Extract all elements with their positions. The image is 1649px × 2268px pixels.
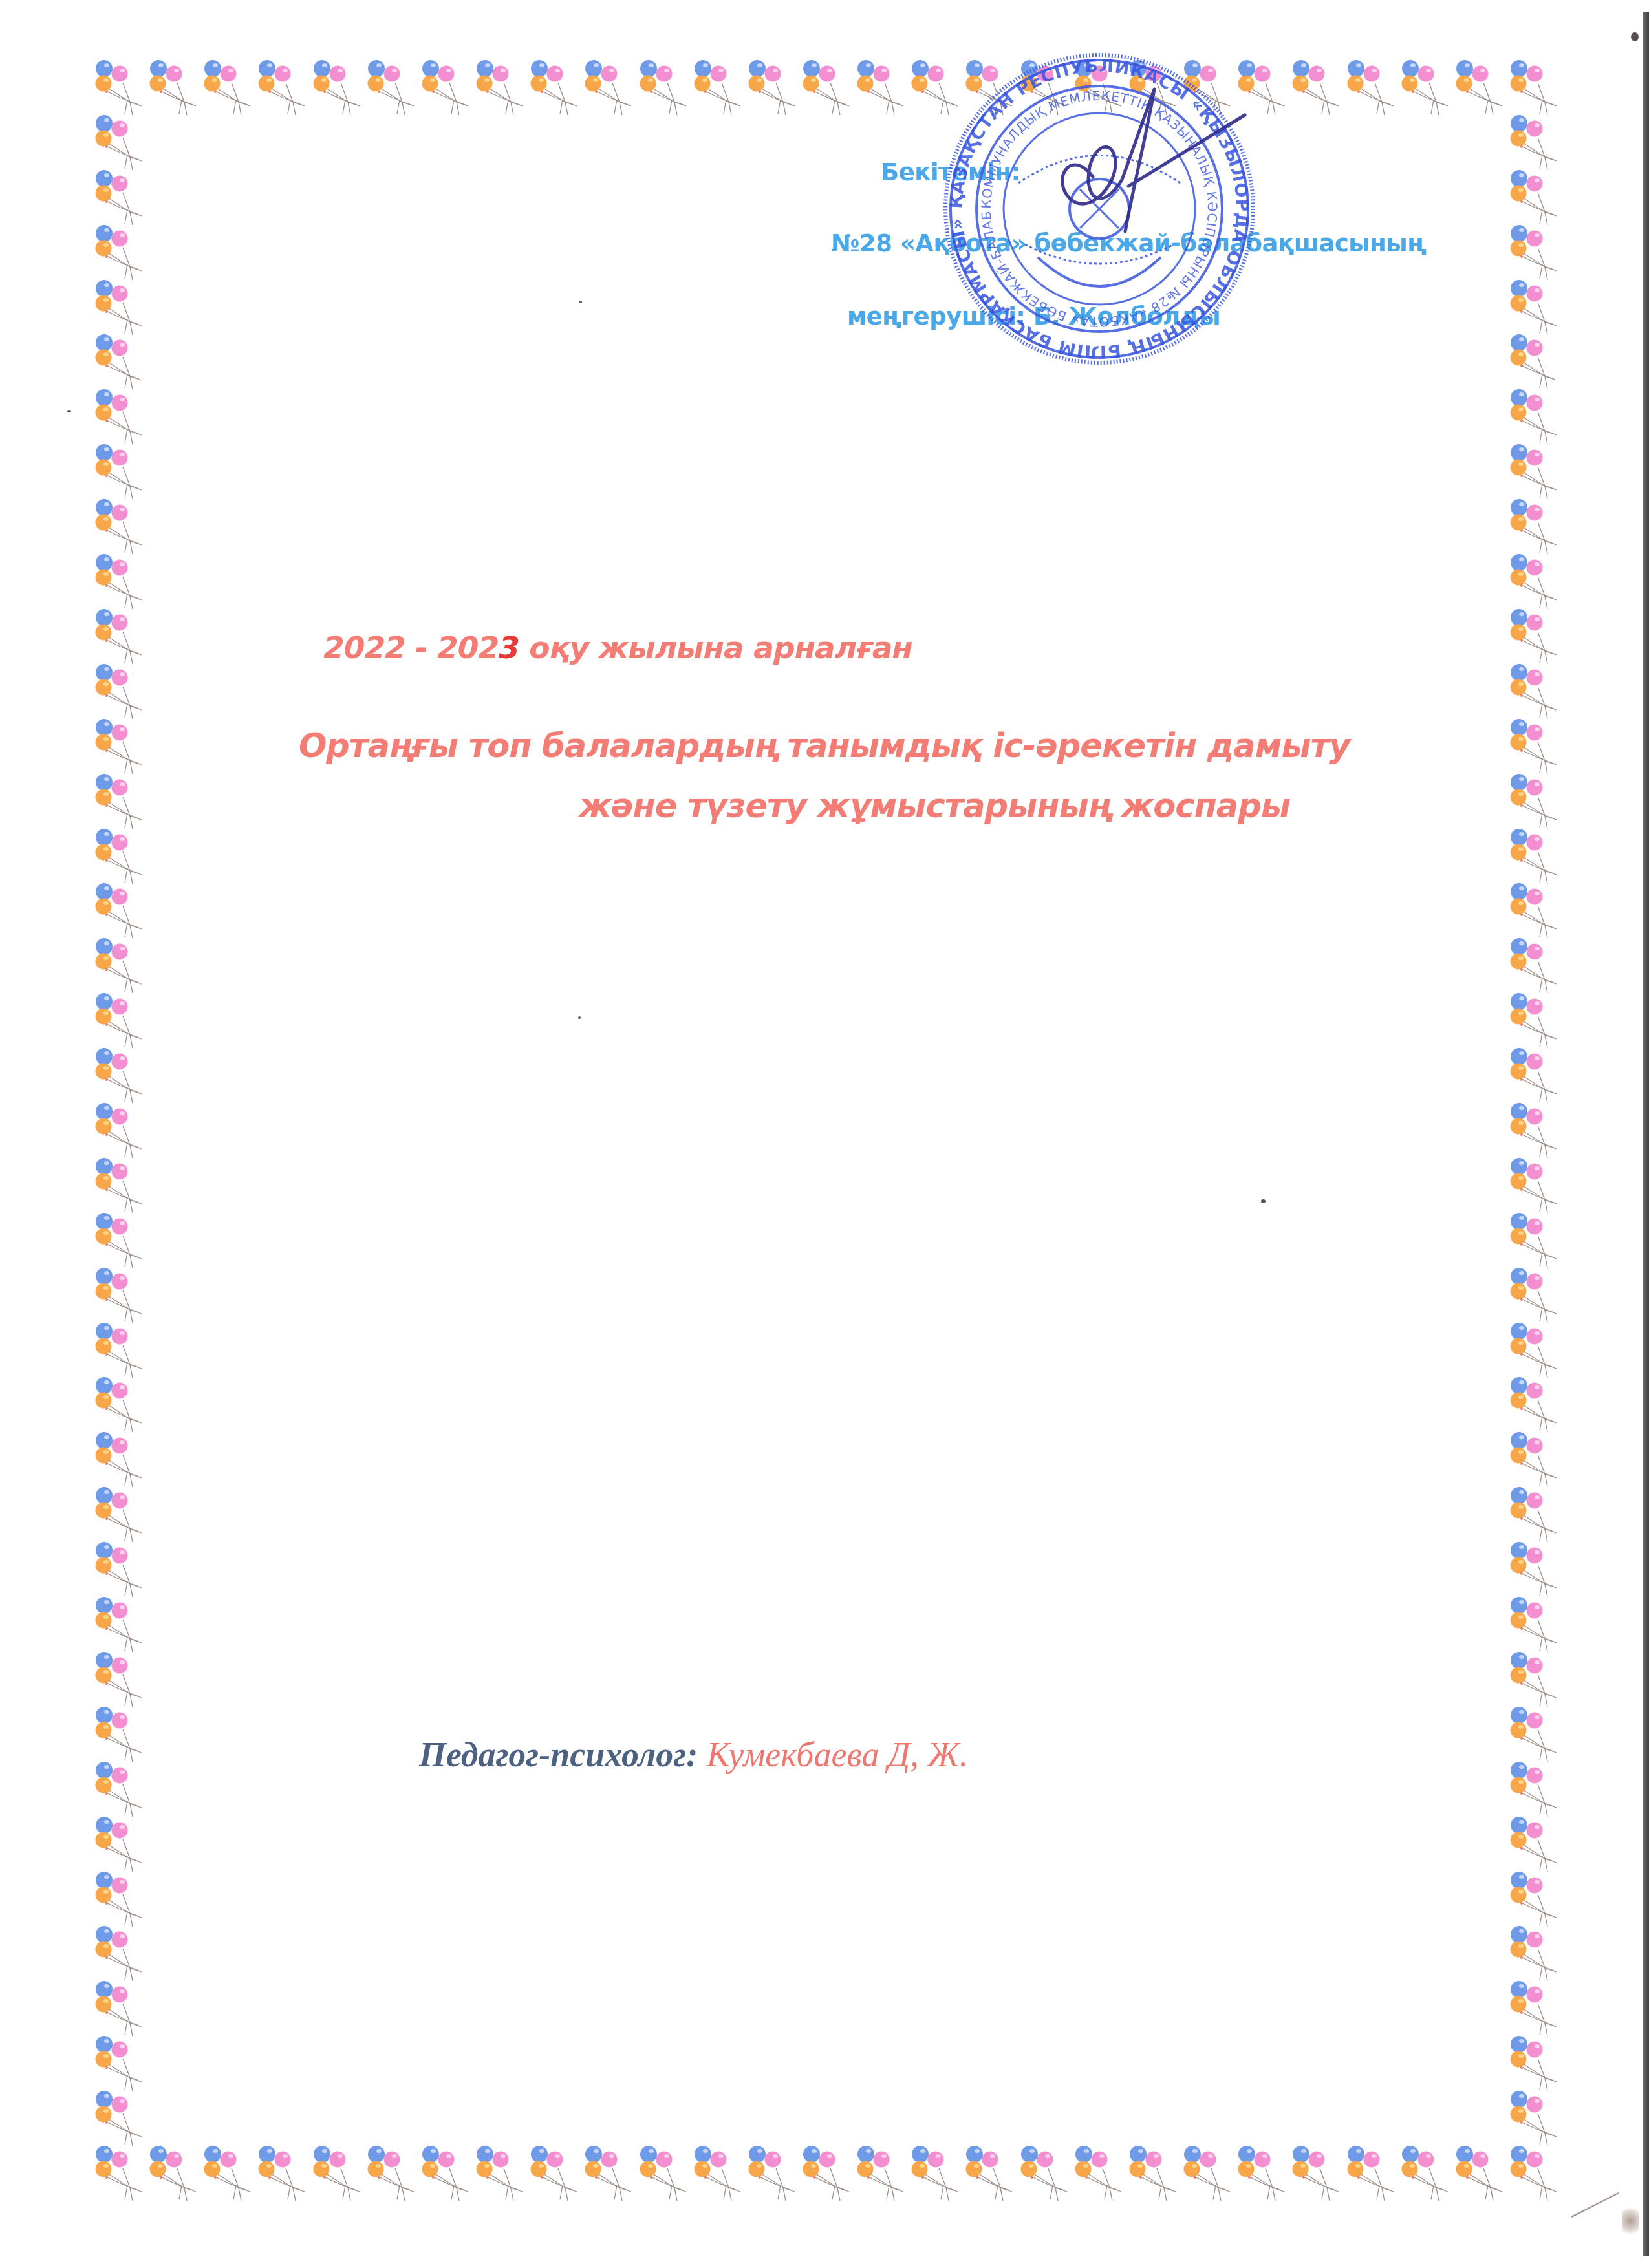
balloon-icon xyxy=(1509,828,1560,886)
balloon-icon xyxy=(1509,2035,1560,2093)
balloon-icon xyxy=(94,1431,145,1490)
balloon-icon xyxy=(638,2145,690,2203)
balloon-icon xyxy=(1509,608,1560,667)
balloon-icon xyxy=(1400,2145,1452,2203)
document-title-line-2: және түзету жұмыстарының жоспары xyxy=(0,787,1649,826)
balloon-icon xyxy=(94,224,145,283)
balloon-icon xyxy=(312,2145,363,2203)
balloon-icon xyxy=(1509,1980,1560,2038)
balloon-icon xyxy=(1236,2145,1288,2203)
balloon-icon xyxy=(1509,883,1560,941)
balloon-icon xyxy=(94,1816,145,1874)
academic-year-heading: 2022 - 2023 оқу жылына арналған xyxy=(323,630,912,666)
balloon-icon xyxy=(94,1157,145,1215)
balloon-icon xyxy=(529,2145,581,2203)
balloon-border xyxy=(0,0,1649,2268)
balloon-icon xyxy=(1509,1706,1560,1764)
balloon-icon xyxy=(1509,1047,1560,1106)
balloon-icon xyxy=(964,2145,1016,2203)
balloon-icon xyxy=(94,444,145,502)
document-title-line-2-text: және түзету жұмыстарының жоспары xyxy=(579,787,1290,826)
balloon-icon xyxy=(1509,114,1560,173)
balloon-icon xyxy=(420,59,472,118)
balloon-icon xyxy=(94,663,145,722)
year-suffix: оқу жылына арналған xyxy=(519,630,912,666)
official-stamp-icon: ҚАЗАҚСТАН РЕСПУБЛИКАСЫ «ҚЫЗЫЛОРДА ОБЛЫСЫ… xyxy=(941,50,1258,367)
balloon-icon xyxy=(94,1322,145,1380)
balloon-icon xyxy=(94,1651,145,1709)
balloon-icon xyxy=(1509,937,1560,996)
balloon-icon xyxy=(1509,224,1560,283)
balloon-icon xyxy=(94,883,145,941)
balloon-icon xyxy=(1509,1596,1560,1654)
balloon-icon xyxy=(1509,279,1560,337)
balloon-icon xyxy=(94,828,145,886)
author-name: Кумекбаева Д, Ж. xyxy=(698,1735,968,1774)
balloon-icon xyxy=(583,59,635,118)
balloon-icon xyxy=(1509,59,1560,118)
balloon-icon xyxy=(148,59,200,118)
balloon-icon xyxy=(94,1596,145,1654)
balloon-icon xyxy=(366,59,418,118)
balloon-icon xyxy=(257,59,308,118)
balloon-icon xyxy=(1509,1871,1560,1929)
balloon-icon xyxy=(1509,1761,1560,1819)
balloon-icon xyxy=(1509,1816,1560,1874)
balloon-icon xyxy=(1509,1267,1560,1325)
balloon-icon xyxy=(94,334,145,392)
balloon-icon xyxy=(94,718,145,776)
balloon-icon xyxy=(583,2145,635,2203)
balloon-icon xyxy=(1509,1651,1560,1709)
balloon-icon xyxy=(638,59,690,118)
balloon-icon xyxy=(94,1376,145,1435)
balloon-icon xyxy=(420,2145,472,2203)
balloon-icon xyxy=(1346,59,1397,118)
balloon-icon xyxy=(529,59,581,118)
year-handwritten-correction: 3 xyxy=(499,630,519,666)
scanner-speck xyxy=(578,1016,581,1019)
document-title-line-1: Ортаңғы топ балалардың танымдық іс-әреке… xyxy=(299,727,1350,765)
balloon-icon xyxy=(94,608,145,667)
balloon-icon xyxy=(693,2145,744,2203)
balloon-icon xyxy=(366,2145,418,2203)
balloon-icon xyxy=(94,1541,145,1599)
balloon-icon xyxy=(94,2035,145,2093)
scanner-scratch xyxy=(1571,2192,1619,2218)
scanner-speck xyxy=(1261,1199,1266,1203)
balloon-icon xyxy=(94,1925,145,1984)
balloon-icon xyxy=(94,59,145,118)
balloon-icon xyxy=(856,2145,907,2203)
balloon-icon xyxy=(747,59,799,118)
balloon-icon xyxy=(1509,553,1560,612)
author-role: Педагог-психолог: xyxy=(419,1735,698,1774)
balloon-icon xyxy=(257,2145,308,2203)
balloon-icon xyxy=(1019,2145,1071,2203)
balloon-icon xyxy=(1509,1212,1560,1270)
balloon-icon xyxy=(94,1486,145,1545)
balloon-icon xyxy=(94,2145,145,2203)
scanner-speck xyxy=(1631,32,1639,41)
balloon-icon xyxy=(1454,59,1506,118)
balloon-icon xyxy=(94,937,145,996)
scanner-edge xyxy=(1643,12,1649,2256)
balloon-icon xyxy=(1509,334,1560,392)
balloon-icon xyxy=(1509,1541,1560,1599)
balloon-icon xyxy=(475,59,526,118)
balloon-icon xyxy=(910,2145,962,2203)
balloon-icon xyxy=(94,169,145,228)
balloon-icon xyxy=(1509,1322,1560,1380)
balloon-icon xyxy=(94,498,145,557)
balloon-icon xyxy=(312,59,363,118)
balloon-icon xyxy=(94,992,145,1051)
balloon-icon xyxy=(94,114,145,173)
balloon-icon xyxy=(1346,2145,1397,2203)
balloon-icon xyxy=(1509,1486,1560,1545)
balloon-icon xyxy=(94,2090,145,2148)
balloon-icon xyxy=(1400,59,1452,118)
balloon-icon xyxy=(1291,59,1342,118)
balloon-icon xyxy=(94,279,145,337)
balloon-icon xyxy=(94,1706,145,1764)
balloon-icon xyxy=(856,59,907,118)
balloon-icon xyxy=(801,2145,853,2203)
balloon-icon xyxy=(1509,1376,1560,1435)
balloon-icon xyxy=(1454,2145,1506,2203)
balloon-icon xyxy=(94,1980,145,2038)
balloon-icon xyxy=(1509,718,1560,776)
balloon-icon xyxy=(94,553,145,612)
balloon-icon xyxy=(747,2145,799,2203)
balloon-icon xyxy=(1509,444,1560,502)
balloon-icon xyxy=(1509,1431,1560,1490)
balloon-icon xyxy=(148,2145,200,2203)
balloon-icon xyxy=(94,1212,145,1270)
balloon-icon xyxy=(801,59,853,118)
balloon-icon xyxy=(1509,2145,1560,2203)
balloon-icon xyxy=(1073,2145,1125,2203)
balloon-icon xyxy=(1509,1102,1560,1161)
balloon-icon xyxy=(94,1871,145,1929)
balloon-icon xyxy=(1509,992,1560,1051)
balloon-icon xyxy=(693,59,744,118)
scanner-speck xyxy=(67,410,71,412)
balloon-icon xyxy=(1509,2090,1560,2148)
year-prefix: 2022 - 202 xyxy=(323,630,499,666)
balloon-icon xyxy=(1509,663,1560,722)
balloon-icon xyxy=(94,1047,145,1106)
balloon-icon xyxy=(475,2145,526,2203)
balloon-icon xyxy=(1509,389,1560,447)
balloon-icon xyxy=(1291,2145,1342,2203)
balloon-icon xyxy=(202,59,254,118)
balloon-icon xyxy=(1509,169,1560,228)
balloon-icon xyxy=(94,1102,145,1161)
balloon-icon xyxy=(94,1761,145,1819)
author-line: Педагог-психолог: Кумекбаева Д, Ж. xyxy=(419,1735,968,1775)
balloon-icon xyxy=(94,1267,145,1325)
scanner-speck xyxy=(579,301,582,303)
balloon-icon xyxy=(1182,2145,1234,2203)
balloon-icon xyxy=(94,389,145,447)
balloon-icon xyxy=(1509,1925,1560,1984)
balloon-icon xyxy=(1509,1157,1560,1215)
scanner-dust xyxy=(1622,2205,1639,2237)
balloon-icon xyxy=(1128,2145,1180,2203)
balloon-icon xyxy=(202,2145,254,2203)
balloon-icon xyxy=(1509,498,1560,557)
